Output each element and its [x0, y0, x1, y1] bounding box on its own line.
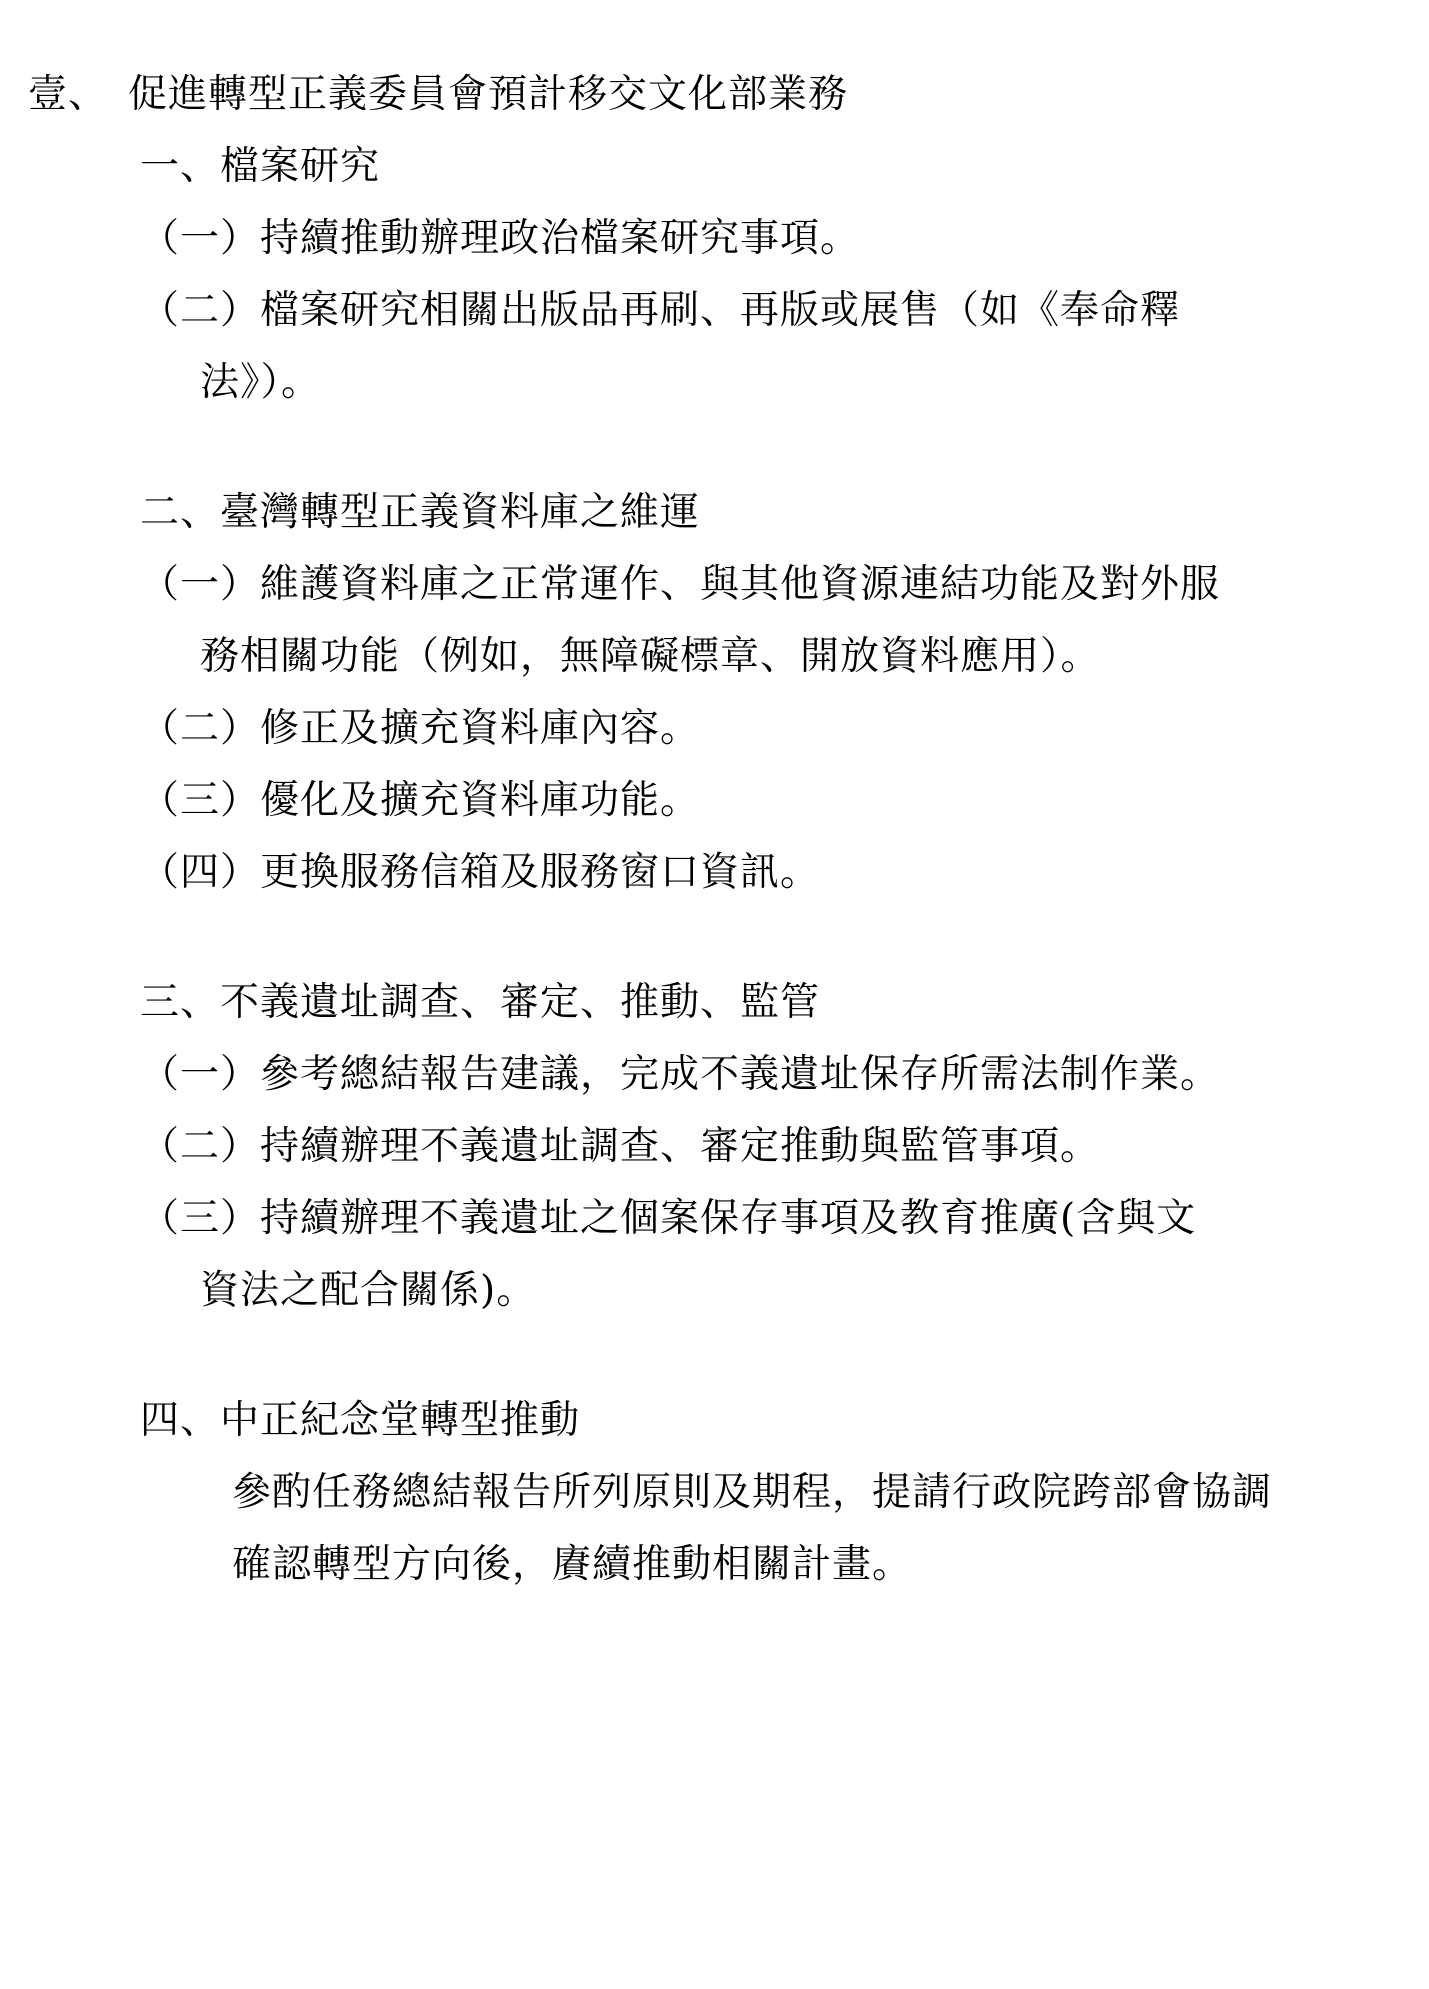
section-injustice-sites: 三、不義遺址調查、審定、推動、監管 （一）參考總結報告建議，完成不義遺址保存所需… [0, 967, 1429, 1327]
list-item: （一）維護資料庫之正常運作、與其他資源連結功能及對外服 [0, 549, 1429, 621]
item-text: 參考總結報告建議，完成不義遺址保存所需法制作業。 [260, 1052, 1220, 1097]
section-heading: 一、檔案研究 [0, 131, 1429, 203]
list-item: （一）參考總結報告建議，完成不義遺址保存所需法制作業。 [0, 1039, 1429, 1111]
section-title: 檔案研究 [220, 144, 380, 189]
list-item: （二）檔案研究相關出版品再刷、再版或展售（如《奉命釋 [0, 275, 1429, 347]
item-text-continuation: 資法之配合關係)。 [0, 1255, 1429, 1327]
section-number: 四、 [140, 1398, 220, 1443]
item-label: （二） [140, 1124, 260, 1169]
list-item: （二）修正及擴充資料庫內容。 [0, 693, 1429, 765]
list-item: （三）優化及擴充資料庫功能。 [0, 765, 1429, 837]
section-number: 三、 [140, 980, 220, 1025]
item-label: （三） [140, 1196, 260, 1241]
item-text: 持續辦理不義遺址之個案保存事項及教育推廣(含與文 [260, 1196, 1196, 1241]
item-text: 更換服務信箱及服務窗口資訊。 [260, 850, 820, 895]
item-text: 維護資料庫之正常運作、與其他資源連結功能及對外服 [260, 562, 1220, 607]
item-label: （四） [140, 850, 260, 895]
section-title: 中正紀念堂轉型推動 [220, 1398, 580, 1443]
document-page: 壹、促進轉型正義委員會預計移交文化部業務 一、檔案研究 （一）持續推動辦理政治檔… [0, 0, 1429, 1989]
item-label: （三） [140, 778, 260, 823]
item-text: 修正及擴充資料庫內容。 [260, 706, 700, 751]
item-text-continuation: 務相關功能（例如，無障礙標章、開放資料應用）。 [0, 621, 1429, 693]
item-label: （一） [140, 216, 260, 261]
main-heading-title: 促進轉型正義委員會預計移交文化部業務 [128, 72, 848, 117]
section-ckmh-transformation: 四、中正紀念堂轉型推動 參酌任務總結報告所列原則及期程，提請行政院跨部會協調 確… [0, 1385, 1429, 1601]
item-text: 檔案研究相關出版品再刷、再版或展售（如《奉命釋 [260, 288, 1180, 333]
item-text-continuation: 法》）。 [0, 347, 1429, 419]
section-number: 一、 [140, 144, 220, 189]
list-item: （二）持續辦理不義遺址調查、審定推動與監管事項。 [0, 1111, 1429, 1183]
item-text: 持續推動辦理政治檔案研究事項。 [260, 216, 860, 261]
section-paragraph-line: 確認轉型方向後，賡續推動相關計畫。 [0, 1529, 1429, 1601]
section-paragraph-line: 參酌任務總結報告所列原則及期程，提請行政院跨部會協調 [0, 1457, 1429, 1529]
section-title: 不義遺址調查、審定、推動、監管 [220, 980, 820, 1025]
section-archive-research: 一、檔案研究 （一）持續推動辦理政治檔案研究事項。 （二）檔案研究相關出版品再刷… [0, 131, 1429, 419]
item-label: （一） [140, 1052, 260, 1097]
item-label: （二） [140, 706, 260, 751]
item-label: （二） [140, 288, 260, 333]
main-heading: 壹、促進轉型正義委員會預計移交文化部業務 [0, 59, 1429, 131]
section-title: 臺灣轉型正義資料庫之維運 [220, 490, 700, 535]
list-item: （三）持續辦理不義遺址之個案保存事項及教育推廣(含與文 [0, 1183, 1429, 1255]
section-heading: 四、中正紀念堂轉型推動 [0, 1385, 1429, 1457]
list-item: （四）更換服務信箱及服務窗口資訊。 [0, 837, 1429, 909]
section-heading: 二、臺灣轉型正義資料庫之維運 [0, 477, 1429, 549]
section-database-maintenance: 二、臺灣轉型正義資料庫之維運 （一）維護資料庫之正常運作、與其他資源連結功能及對… [0, 477, 1429, 909]
item-label: （一） [140, 562, 260, 607]
list-item: （一）持續推動辦理政治檔案研究事項。 [0, 203, 1429, 275]
section-number: 二、 [140, 490, 220, 535]
main-heading-number: 壹、 [28, 72, 108, 117]
section-heading: 三、不義遺址調查、審定、推動、監管 [0, 967, 1429, 1039]
item-text: 持續辦理不義遺址調查、審定推動與監管事項。 [260, 1124, 1100, 1169]
item-text: 優化及擴充資料庫功能。 [260, 778, 700, 823]
